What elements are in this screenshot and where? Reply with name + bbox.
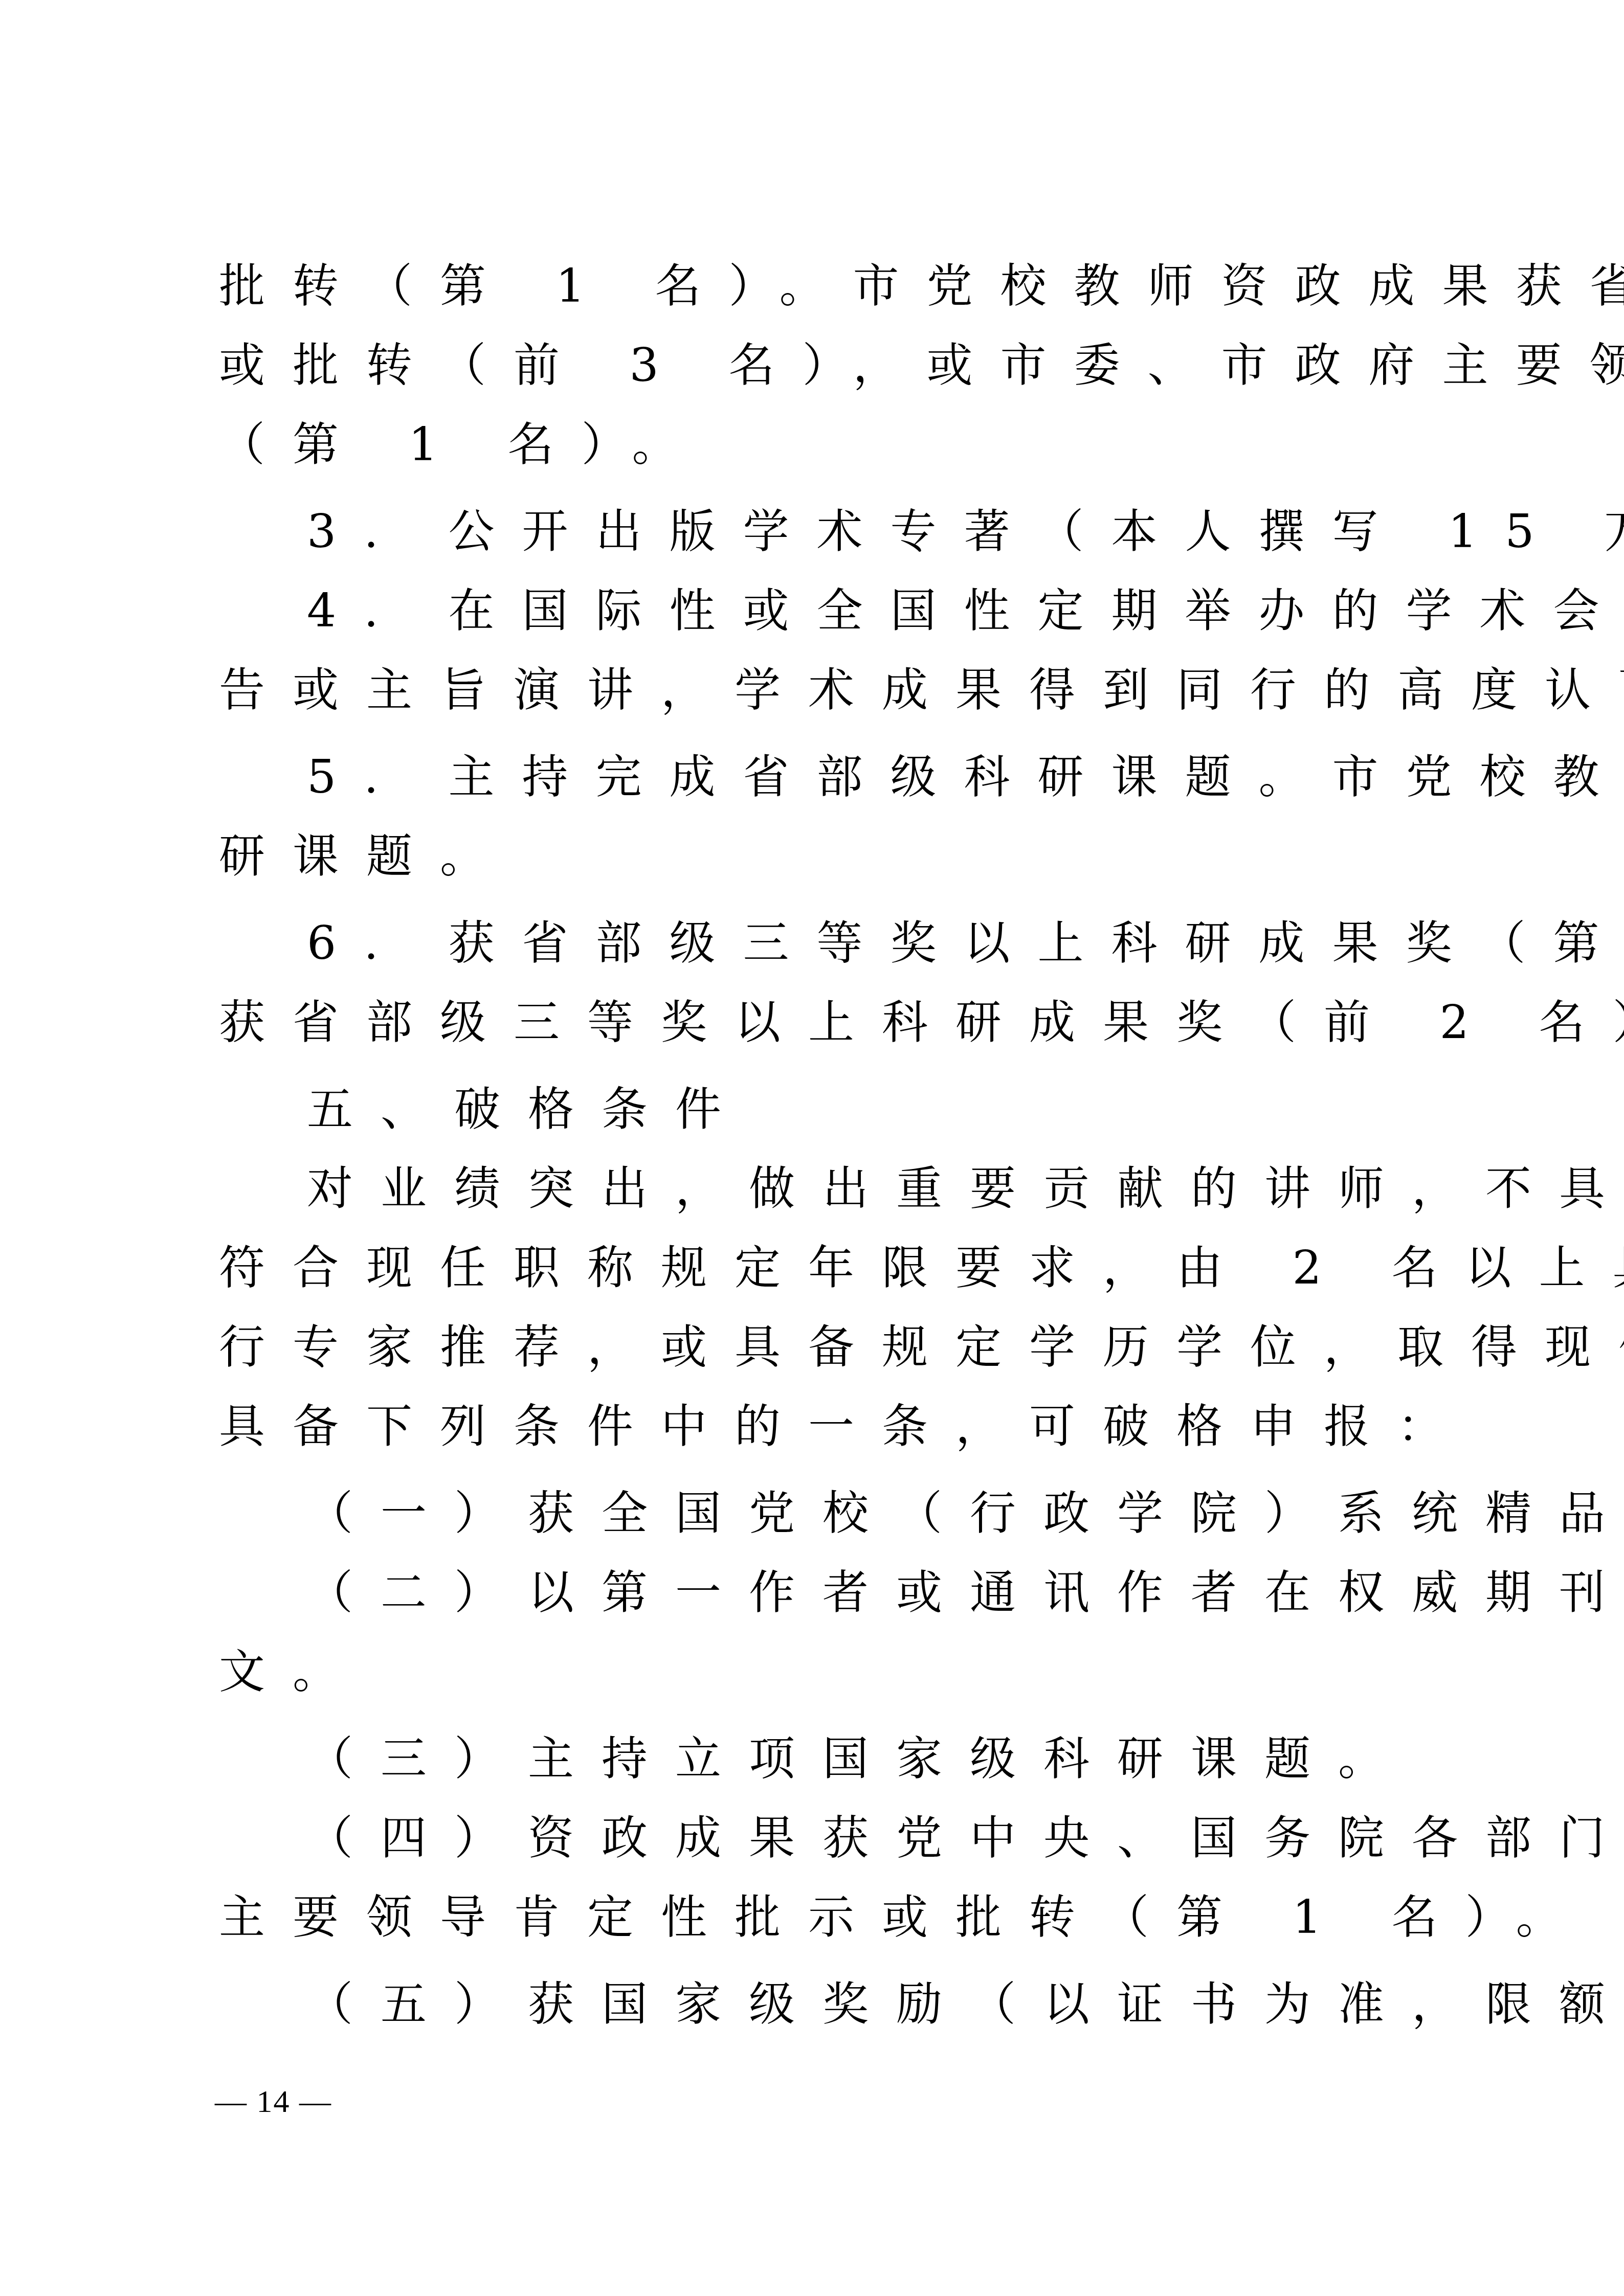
list-item-6-continued: 获省部级三等奖以上科研成果奖（前 2 名）。 <box>219 995 1624 1051</box>
paragraph-line-4: 具备下列条件中的一条，可破格申报： <box>219 1399 1471 1455</box>
list-item-3: 3. 公开出版学术专著（本人撰写 15 万字以上/部）。 <box>307 504 1624 560</box>
list-item-6: 6. 获省部级三等奖以上科研成果奖（第 1 名）。市党校教师 <box>307 915 1624 972</box>
text-line-3: （第 1 名）。 <box>219 417 705 473</box>
condition-item-4: （四）资政成果获党中央、国务院各部门或省委、省政府 <box>307 1810 1624 1866</box>
list-item-4: 4. 在国际性或全国性定期举办的学术会议分会场作特邀报 <box>307 583 1624 639</box>
condition-item-5: （五）获国家级奖励（以证书为准，限额定人员），或省部 <box>307 1976 1624 2033</box>
list-item-5: 5. 主持完成省部级科研课题。市党校教师主持完成市级科 <box>307 749 1624 805</box>
list-item-4-continued: 告或主旨演讲，学术成果得到同行的高度认可。 <box>219 662 1624 718</box>
condition-item-3: （三）主持立项国家级科研课题。 <box>307 1731 1412 1787</box>
paragraph-line-2: 符合现任职称规定年限要求，由 2 名以上具备正高级职称的同 <box>219 1240 1624 1296</box>
section-heading: 五、破格条件 <box>307 1082 749 1138</box>
text-line-2: 或批转（前 3 名），或市委、市政府主要领导肯定性批示或批转 <box>219 337 1624 394</box>
condition-item-2-continued: 文。 <box>219 1644 366 1700</box>
condition-item-2: （二）以第一作者或通讯作者在权威期刊上发表高水平论 <box>307 1565 1624 1621</box>
paragraph-line-3: 行专家推荐，或具备规定学历学位，取得现任职称 2 年以上， <box>219 1319 1624 1376</box>
page-number: — 14 — <box>215 2081 332 2122</box>
condition-item-4-continued: 主要领导肯定性批示或批转（第 1 名）。 <box>219 1889 1589 1946</box>
list-item-5-continued: 研课题。 <box>219 828 514 885</box>
paragraph-line-1: 对业绩突出，做出重要贡献的讲师，不具备规定学历学位， <box>307 1161 1624 1217</box>
text-line-1: 批转（第 1 名）。市党校教师资政成果获省部级领导肯定性批示 <box>219 258 1624 314</box>
condition-item-1: （一）获全国党校（行政学院）系统精品课。 <box>307 1485 1624 1542</box>
